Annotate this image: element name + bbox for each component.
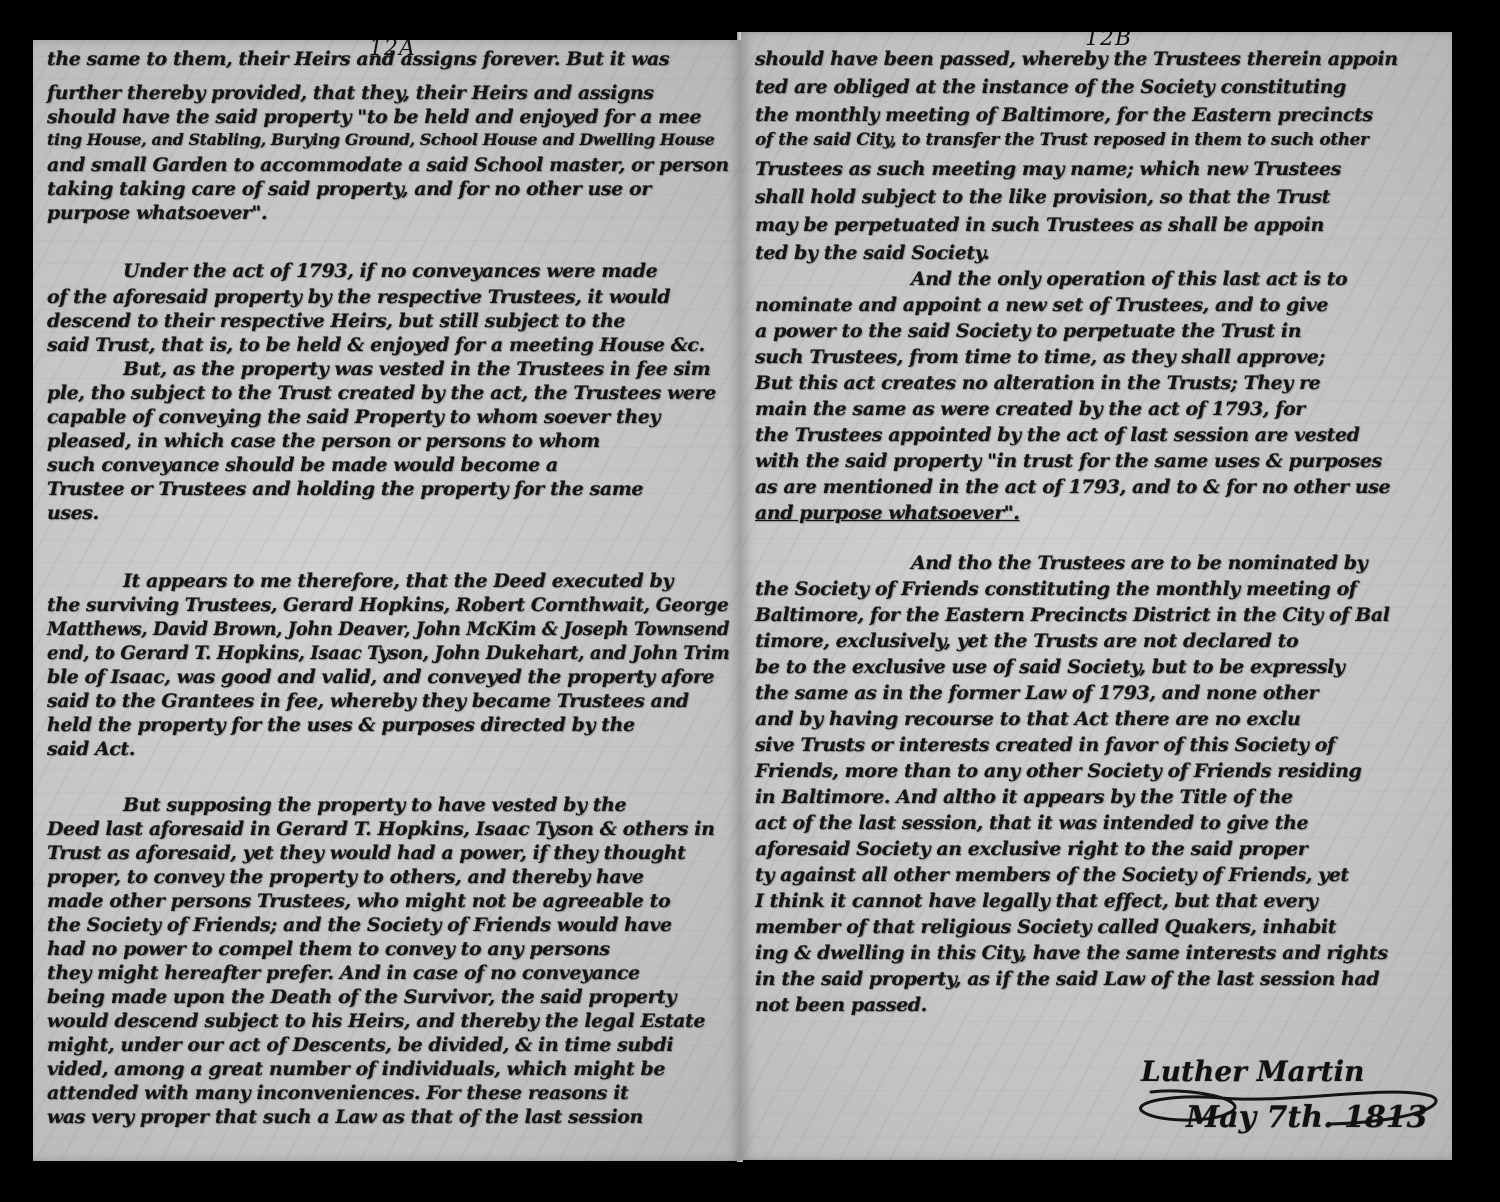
text-line: the Society of Friends constituting the … [755, 578, 1440, 600]
left-page: 12A the same to them, their Heirs and as… [33, 40, 741, 1161]
text-line: might, under our act of Descents, be div… [47, 1034, 729, 1056]
text-line: should have the said property "to be hel… [47, 106, 729, 128]
text-line: be to the exclusive use of said Society,… [755, 656, 1440, 678]
text-line: Deed last aforesaid in Gerard T. Hopkins… [47, 818, 729, 840]
text-line: of the aforesaid property by the respect… [47, 286, 729, 308]
signature-date: May 7th. 1813 [1186, 1100, 1427, 1135]
text-line: proper, to convey the property to others… [47, 866, 729, 888]
right-page: 12B should have been passed, whereby the… [741, 32, 1452, 1160]
text-line: further thereby provided, that they, the… [47, 82, 729, 104]
text-line: in the said property, as if the said Law… [755, 968, 1440, 990]
text-line: Baltimore, for the Eastern Precincts Dis… [755, 604, 1440, 626]
text-line: Trustees as such meeting may name; which… [755, 158, 1440, 180]
text-line: purpose whatsoever". [47, 202, 729, 224]
text-line: and purpose whatsoever". [755, 502, 1440, 524]
paragraph-start: And the only operation of this last act … [911, 268, 1440, 290]
text-line: Friends, more than to any other Society … [755, 760, 1440, 782]
text-line: shall hold subject to the like provision… [755, 186, 1440, 208]
text-line: sive Trusts or interests created in favo… [755, 734, 1440, 756]
text-line: such Trustees, from time to time, as the… [755, 346, 1440, 368]
text-line: Matthews, David Brown, John Deaver, John… [47, 618, 688, 640]
text-line: vided, among a great number of individua… [47, 1058, 729, 1080]
paragraph-start: But, as the property was vested in the T… [123, 358, 729, 380]
text-line: ple, tho subject to the Trust created by… [47, 382, 729, 404]
text-line: attended with many inconveniences. For t… [47, 1082, 729, 1104]
text-line: ty against all other members of the Soci… [755, 864, 1440, 886]
text-line: held the property for the uses & purpose… [47, 714, 729, 736]
text-line: aforesaid Society an exclusive right to … [755, 838, 1440, 860]
text-line: But this act creates no alteration in th… [755, 372, 1440, 394]
text-line: the surviving Trustees, Gerard Hopkins, … [47, 594, 718, 616]
paragraph-start: It appears to me therefore, that the Dee… [123, 570, 729, 592]
text-line: of the said City, to transfer the Trust … [755, 130, 1440, 150]
text-line: I think it cannot have legally that effe… [755, 890, 1440, 912]
text-line: capable of conveying the said Property t… [47, 406, 729, 428]
text-line: taking taking care of said property, and… [47, 178, 729, 200]
text-line: and by having recourse to that Act there… [755, 708, 1440, 730]
text-line: ted are obliged at the instance of the S… [755, 76, 1440, 98]
text-line: said Trust, that is, to be held & enjoye… [47, 334, 729, 356]
text-line: Trust as aforesaid, yet they would had a… [47, 842, 729, 864]
text-line: ble of Isaac, was good and valid, and co… [47, 666, 729, 688]
text-line: the Trustees appointed by the act of las… [755, 424, 1440, 446]
text-line: in Baltimore. And altho it appears by th… [755, 786, 1440, 808]
text-line: such conveyance should be made would bec… [47, 454, 729, 476]
text-line: ting House, and Stabling, Burying Ground… [47, 130, 729, 149]
text-line: ted by the said Society. [755, 242, 1440, 264]
text-line: pleased, in which case the person or per… [47, 430, 729, 452]
paragraph-start: But supposing the property to have veste… [123, 794, 729, 816]
text-line: the monthly meeting of Baltimore, for th… [755, 104, 1440, 126]
text-line: uses. [47, 502, 729, 524]
text-line: they might hereafter prefer. And in case… [47, 962, 729, 984]
text-line: was very proper that such a Law as that … [47, 1106, 729, 1128]
text-line: may be perpetuated in such Trustees as s… [755, 214, 1440, 236]
text-line: with the said property "in trust for the… [755, 450, 1440, 472]
text-line: and small Garden to accommodate a said S… [47, 154, 726, 176]
text-line: act of the last session, that it was int… [755, 812, 1440, 834]
text-line: ing & dwelling in this City, have the sa… [755, 942, 1440, 964]
text-line: a power to the said Society to perpetuat… [755, 320, 1440, 342]
text-line: had no power to compel them to convey to… [47, 938, 729, 960]
text-line: nominate and appoint a new set of Truste… [755, 294, 1440, 316]
paragraph-start: Under the act of 1793, if no conveyances… [123, 260, 729, 282]
text-line: the same to them, their Heirs and assign… [47, 48, 729, 70]
text-line: said Act. [47, 738, 729, 760]
text-line: the Society of Friends; and the Society … [47, 914, 729, 936]
text-line: the same as in the former Law of 1793, a… [755, 682, 1440, 704]
text-line: Trustee or Trustees and holding the prop… [47, 478, 729, 500]
text-line: main the same as were created by the act… [755, 398, 1440, 420]
text-line: as are mentioned in the act of 1793, and… [755, 476, 1440, 498]
text-line: being made upon the Death of the Survivo… [47, 986, 729, 1008]
text-line: member of that religious Society called … [755, 916, 1440, 938]
text-line: should have been passed, whereby the Tru… [755, 48, 1440, 70]
text-line: descend to their respective Heirs, but s… [47, 310, 729, 332]
text-line: made other persons Trustees, who might n… [47, 890, 729, 912]
text-line: timore, exclusively, yet the Trusts are … [755, 630, 1440, 652]
paragraph-start: And tho the Trustees are to be nominated… [911, 552, 1440, 574]
scanned-manuscript: 12A the same to them, their Heirs and as… [0, 0, 1500, 1202]
text-line: not been passed. [755, 994, 1440, 1016]
text-line: would descend subject to his Heirs, and … [47, 1010, 729, 1032]
text-line: end, to Gerard T. Hopkins, Isaac Tyson, … [47, 642, 697, 664]
text-line: said to the Grantees in fee, whereby the… [47, 690, 729, 712]
